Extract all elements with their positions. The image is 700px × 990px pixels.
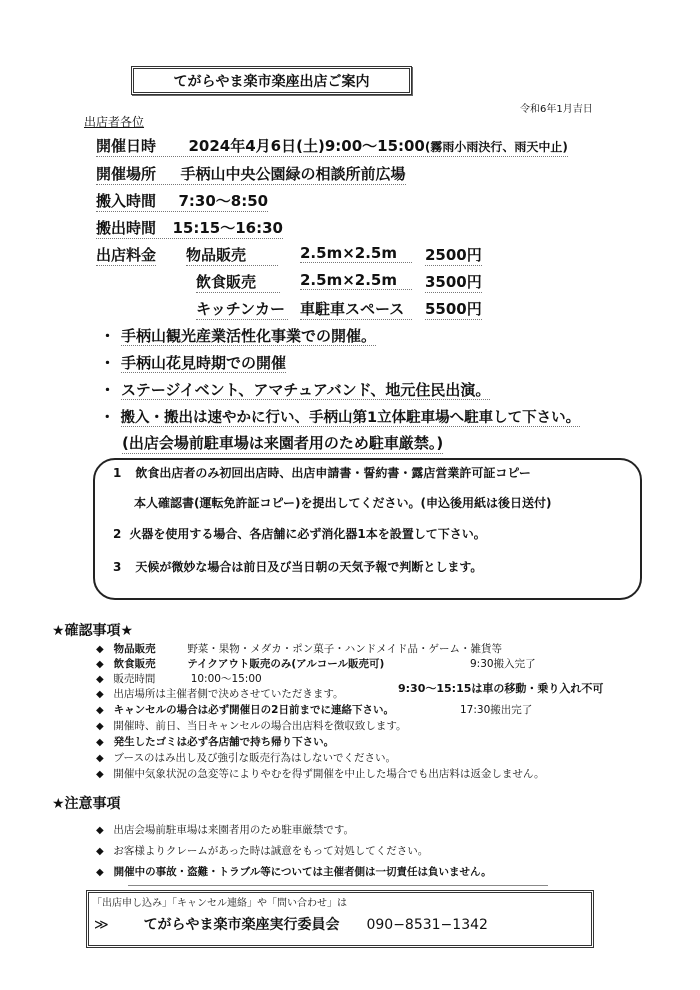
notice-item: 3天候が微妙な場合は前日及び当日朝の天気予報で判断とします。 xyxy=(113,558,482,575)
diamond-bullet-icon: ◆ xyxy=(96,689,110,700)
confirm-section-title: ★確認事項★ xyxy=(52,620,133,640)
diamond-bullet-icon: ◆ xyxy=(96,659,110,670)
diamond-bullet-icon: ◆ xyxy=(96,705,110,716)
fee-label: 出店料金 xyxy=(96,244,156,266)
notice-num: 2 xyxy=(113,527,121,541)
confirm-item: ◆ 出店場所は主催者側で決めさせていただきます。 xyxy=(96,686,344,701)
diamond-bullet-icon: ◆ xyxy=(96,825,110,836)
fee-type: 飲食販売 xyxy=(196,271,280,293)
bullet-item: ・手柄山花見時期での開催 xyxy=(100,352,286,373)
detail-row-datetime: 開催日時 2024年4月6日(土)9:00〜15:00(霧雨小雨決行、雨天中止) xyxy=(96,135,568,157)
detail-value: 7:30〜8:50 xyxy=(178,192,268,210)
bullet-dot-icon: ・ xyxy=(100,381,115,399)
detail-label: 搬入時間 xyxy=(96,192,156,210)
notice-item: 本人確認書(運転免許証コピー)を提出してください。(申込後用紙は後日送付) xyxy=(134,494,551,511)
contact-line: ≫ てがらやま楽市楽座実行委員会 090−8531−1342 xyxy=(94,914,488,934)
diamond-bullet-icon: ◆ xyxy=(96,674,110,685)
fee-size: 車駐車スペース xyxy=(300,298,412,320)
confirm-item: ◆ ブースのはみ出し及び強引な販売行為はしないでください。 xyxy=(96,750,396,765)
weather-note: (霧雨小雨決行、雨天中止) xyxy=(425,140,568,154)
diamond-bullet-icon: ◆ xyxy=(96,769,110,780)
detail-value: 手柄山中央公園緑の相談所前広場 xyxy=(180,165,405,183)
confirm-item: ◆ 発生したゴミは必ず各店舗で持ち帰り下さい。 xyxy=(96,734,334,749)
confirm-item: ◆ 開催時、前日、当日キャンセルの場合出店料を徴収致します。 xyxy=(96,718,407,733)
notice-item: 2火器を使用する場合、各店舗に必ず消化器1本を設置して下さい。 xyxy=(113,525,486,542)
caution-item: ◆ 出店会場前駐車場は来園者用のため駐車厳禁です。 xyxy=(96,822,354,837)
fee-price: 3500円 xyxy=(425,271,482,293)
no-vehicle-notice: 9:30〜15:15は車の移動・乗り入れ不可 xyxy=(398,680,603,696)
phone-number[interactable]: 090−8531−1342 xyxy=(366,917,487,933)
bullet-item: ・手柄山観光産業活性化事業での開催。 xyxy=(100,325,376,346)
confirm-item: ◆ 物品販売 野菜・果物・メダカ・ポン菓子・ハンドメイド品・ゲーム・雑貨等 xyxy=(96,641,502,656)
load-out-deadline: 17:30搬出完了 xyxy=(460,702,532,717)
bullet-item: ・搬入・搬出は速やかに行い、手柄山第1立体駐車場へ駐車して下さい。 xyxy=(100,406,580,427)
confirm-item: ◆ キャンセルの場合は必ず開催日の2日前までに連絡下さい。 xyxy=(96,702,394,717)
confirm-item: ◆ 開催中気象状況の急変等によりやむを得ず開催を中止した場合でも出店料は返金しま… xyxy=(96,766,544,781)
fee-type: 物品販売 xyxy=(186,244,278,266)
diamond-bullet-icon: ◆ xyxy=(96,721,110,732)
caution-item: ◆ お客様よりクレームがあった時は誠意をもって対処してください。 xyxy=(96,843,428,858)
document-title: てがらやま楽市楽座出店ご案内 xyxy=(131,66,412,95)
organizer-name: てがらやま楽市楽座実行委員会 xyxy=(144,917,340,933)
detail-row-venue: 開催場所 手柄山中央公園緑の相談所前広場 xyxy=(96,163,406,185)
detail-value: 15:15〜16:30 xyxy=(172,219,283,237)
arrow-icon: ≫ xyxy=(94,917,109,933)
diamond-bullet-icon: ◆ xyxy=(96,644,110,655)
confirm-item: ◆ 飲食販売 テイクアウト販売のみ(アルコール販売可) xyxy=(96,656,384,671)
fee-price: 5500円 xyxy=(425,298,482,320)
bullet-dot-icon: ・ xyxy=(100,410,115,426)
bullet-continuation: (出店会場前駐車場は来園者用のため駐車厳禁。) xyxy=(122,432,443,454)
fee-size: 2.5m×2.5m xyxy=(300,271,412,290)
detail-row-load-out: 搬出時間 15:15〜16:30 xyxy=(96,217,283,239)
detail-label: 開催日時 xyxy=(96,137,156,155)
issue-date: 令和6年1月吉日 xyxy=(520,100,593,115)
confirm-item: ◆ 販売時間 10:00〜15:00 xyxy=(96,671,262,686)
detail-row-load-in: 搬入時間 7:30〜8:50 xyxy=(96,190,268,212)
diamond-bullet-icon: ◆ xyxy=(96,867,110,878)
notice-num: 3 xyxy=(113,560,121,574)
fee-price: 2500円 xyxy=(425,244,482,266)
notice-num: 1 xyxy=(113,466,121,480)
diamond-bullet-icon: ◆ xyxy=(96,737,110,748)
bullet-item: ・ステージイベント、アマチュアバンド、地元住民出演。 xyxy=(100,379,490,400)
fee-type: キッチンカー xyxy=(196,298,288,320)
notice-item: 1飲食出店者のみ初回出店時、出店申請書・誓約書・露店営業許可証コピー xyxy=(113,464,531,481)
contact-intro: 「出店申し込み」「キャンセル連絡」や「問い合わせ」は xyxy=(92,894,347,909)
title-text: てがらやま楽市楽座出店ご案内 xyxy=(174,71,370,91)
addressee: 出店者各位 xyxy=(84,113,144,130)
bullet-dot-icon: ・ xyxy=(100,354,115,372)
detail-value: 2024年4月6日(土)9:00〜15:00 xyxy=(188,137,424,155)
diamond-bullet-icon: ◆ xyxy=(96,753,110,764)
load-in-deadline: 9:30搬入完了 xyxy=(470,656,536,671)
divider xyxy=(128,885,548,886)
detail-label: 開催場所 xyxy=(96,165,156,183)
detail-label: 搬出時間 xyxy=(96,219,156,237)
diamond-bullet-icon: ◆ xyxy=(96,846,110,857)
caution-section-title: ★注意事項 xyxy=(52,793,121,813)
bullet-dot-icon: ・ xyxy=(100,327,115,345)
fee-size: 2.5m×2.5m xyxy=(300,244,412,263)
caution-item: ◆ 開催中の事故・盗難・トラブル等については主催者側は一切責任は負いません。 xyxy=(96,864,492,879)
